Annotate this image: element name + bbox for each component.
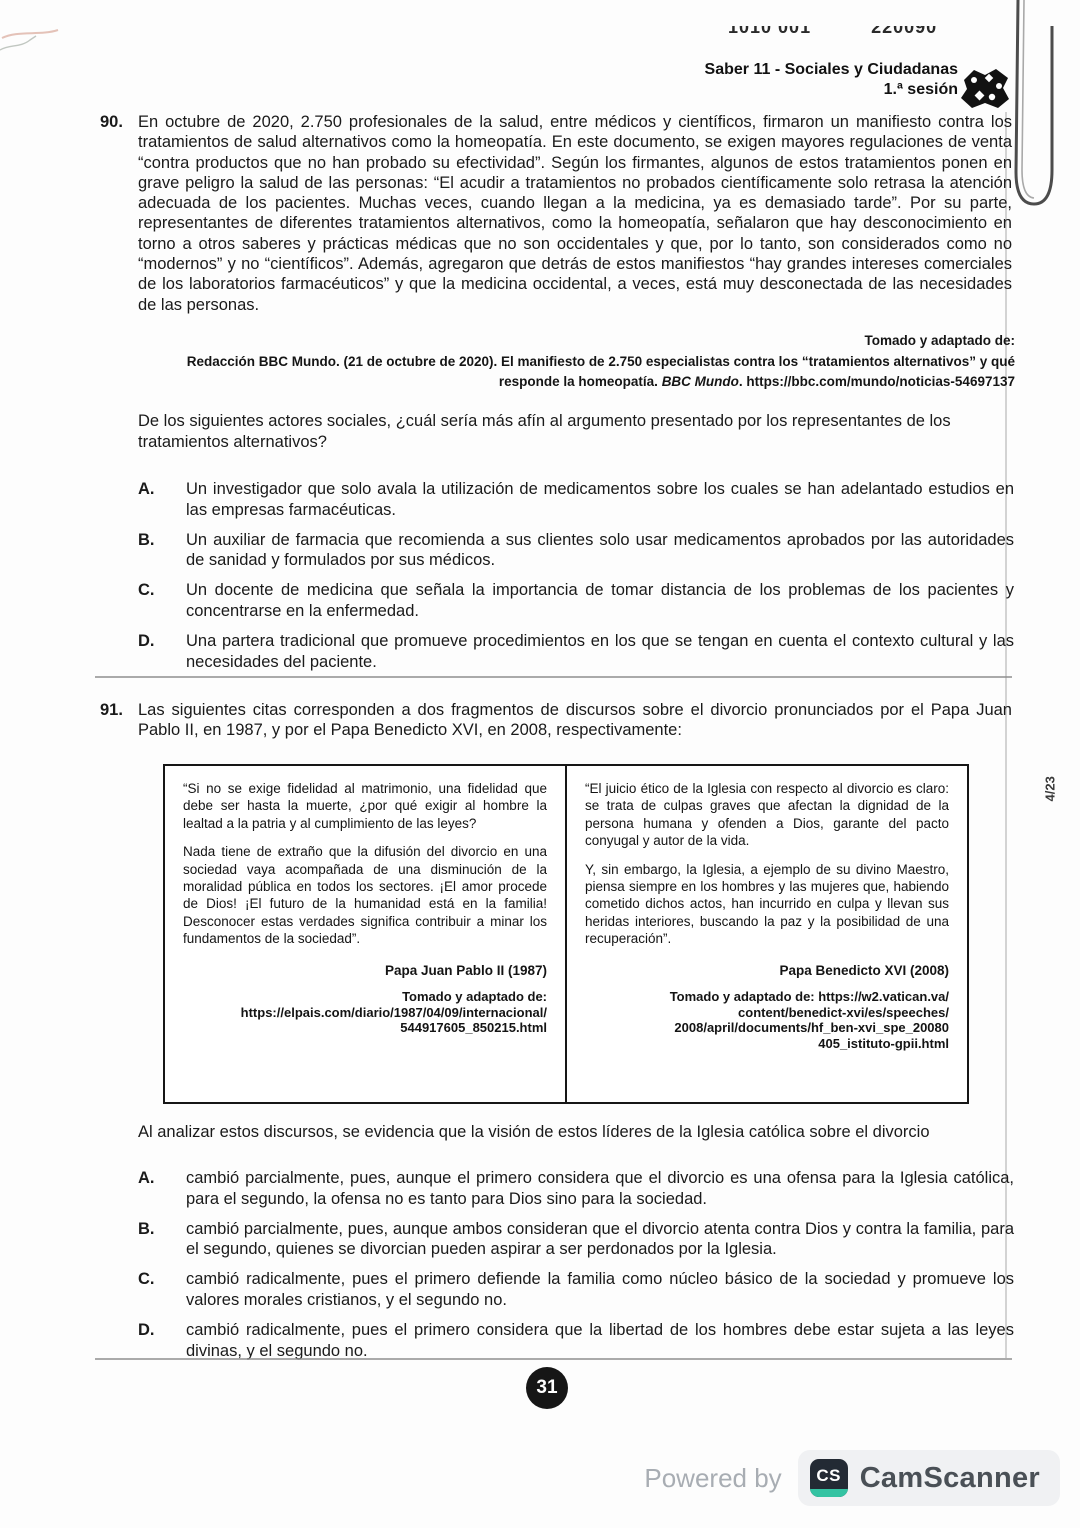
option-c: C. Un docente de medicina que señala la …: [138, 580, 1014, 622]
option-text: Un auxiliar de farmacia que recomienda a…: [186, 530, 1014, 572]
quote-box-juan-pablo: “Si no se exige fidelidad al matrimonio,…: [165, 766, 567, 1102]
question-90-stem: De los siguientes actores sociales, ¿cuá…: [138, 411, 1016, 453]
option-letter: A.: [138, 1168, 186, 1210]
question-90-options: A. Un investigador que solo avala la uti…: [138, 479, 1014, 672]
source-citation-line1: Redacción BBC Mundo. (21 de octubre de 2…: [128, 352, 1015, 373]
option-text: cambió parcialmente, pues, aunque ambos …: [186, 1219, 1014, 1261]
option-d: D. cambió radicalmente, pues el primero …: [138, 1320, 1014, 1362]
option-text: Una partera tradicional que promueve pro…: [186, 631, 1014, 673]
pencil-squiggle-mark: [0, 18, 70, 64]
question-90-number: 90.: [100, 112, 138, 315]
option-letter: D.: [138, 1320, 186, 1362]
page-number: 31: [536, 1377, 557, 1399]
quote-boxes: “Si no se exige fidelidad al matrimonio,…: [163, 764, 969, 1104]
source-citation-line2: responde la homeopatía. BBC Mundo. https…: [128, 372, 1015, 393]
camscanner-link[interactable]: CS CamScanner: [798, 1450, 1060, 1506]
option-text: cambió radicalmente, pues el primero con…: [186, 1320, 1014, 1362]
quote-source-line: 2008/april/documents/hf_ben-xvi_spe_2008…: [585, 1020, 949, 1036]
code-right: 220090: [871, 26, 937, 38]
test-title: Saber 11 - Sociales y Ciudadanas: [538, 60, 958, 80]
quote-paragraph: Y, sin embargo, la Iglesia, a ejemplo de…: [585, 861, 949, 948]
test-session: 1.ª sesión: [538, 80, 958, 100]
page-number-badge: 31: [526, 1367, 568, 1409]
quote-source-line: Tomado y adaptado de: https://w2.vatican…: [585, 989, 949, 1005]
section-divider: [95, 676, 1012, 678]
camscanner-brand-label: CamScanner: [860, 1462, 1040, 1495]
question-91-options: A. cambió parcialmente, pues, aunque el …: [138, 1168, 1014, 1361]
quote-paragraph: “El juicio ético de la Iglesia con respe…: [585, 780, 949, 850]
option-b: B. cambió parcialmente, pues, aunque amb…: [138, 1219, 1014, 1261]
option-text: Un docente de medicina que señala la imp…: [186, 580, 1014, 622]
option-text: Un investigador que solo avala la utiliz…: [186, 479, 1014, 521]
camscanner-logo-icon: CS: [810, 1459, 848, 1497]
source-label: Tomado y adaptado de:: [128, 331, 1015, 352]
quote-paragraph: “Si no se exige fidelidad al matrimonio,…: [183, 780, 547, 832]
quote-source-line: Tomado y adaptado de:: [183, 989, 547, 1005]
option-letter: B.: [138, 1219, 186, 1261]
question-90: 90. En octubre de 2020, 2.750 profesiona…: [100, 112, 1012, 315]
option-letter: C.: [138, 580, 186, 622]
powered-by-label: Powered by: [644, 1463, 781, 1494]
question-91-stem: Al analizar estos discursos, se evidenci…: [138, 1122, 1016, 1143]
question-91-intro: Las siguientes citas corresponden a dos …: [138, 700, 1012, 741]
margin-code-label: 4/23: [1043, 786, 1058, 802]
option-a: A. cambió parcialmente, pues, aunque el …: [138, 1168, 1014, 1210]
quote-author: Papa Benedicto XVI (2008): [585, 962, 949, 979]
option-text: cambió parcialmente, pues, aunque el pri…: [186, 1168, 1014, 1210]
option-letter: A.: [138, 479, 186, 521]
question-91-number: 91.: [100, 700, 138, 741]
quote-paragraph: Nada tiene de extraño que la difusión de…: [183, 843, 547, 947]
quote-author: Papa Juan Pablo II (1987): [183, 962, 547, 979]
option-text: cambió radicalmente, pues el primero def…: [186, 1269, 1014, 1311]
scanned-test-page: 1010 001 220090 Saber 11 - Sociales y Ci…: [0, 0, 1080, 1528]
quote-box-benedicto: “El juicio ético de la Iglesia con respe…: [567, 766, 967, 1102]
question-90-source: Tomado y adaptado de: Redacción BBC Mund…: [128, 331, 1015, 393]
camscanner-footer: Powered by CS CamScanner: [0, 1450, 1060, 1506]
question-90-passage: En octubre de 2020, 2.750 profesionales …: [138, 112, 1012, 315]
option-letter: D.: [138, 631, 186, 673]
option-b: B. Un auxiliar de farmacia que recomiend…: [138, 530, 1014, 572]
option-a: A. Un investigador que solo avala la uti…: [138, 479, 1014, 521]
option-letter: B.: [138, 530, 186, 572]
quote-source-line: https://elpais.com/diario/1987/04/09/int…: [183, 1005, 547, 1021]
section-divider: [95, 1358, 1012, 1360]
option-c: C. cambió radicalmente, pues el primero …: [138, 1269, 1014, 1311]
quote-source-line: 405_istituto-gpii.html: [585, 1036, 949, 1052]
option-letter: C.: [138, 1269, 186, 1311]
quote-source-line: 544917605_850215.html: [183, 1020, 547, 1036]
code-left: 1010 001: [728, 26, 811, 38]
test-header: Saber 11 - Sociales y Ciudadanas 1.ª ses…: [538, 60, 958, 100]
quote-source-line: content/benedict-xvi/es/speeches/: [585, 1005, 949, 1021]
question-91: 91. Las siguientes citas corresponden a …: [100, 700, 1012, 741]
source-publication-name: BBC Mundo: [662, 374, 739, 389]
option-d: D. Una partera tradicional que promueve …: [138, 631, 1014, 673]
